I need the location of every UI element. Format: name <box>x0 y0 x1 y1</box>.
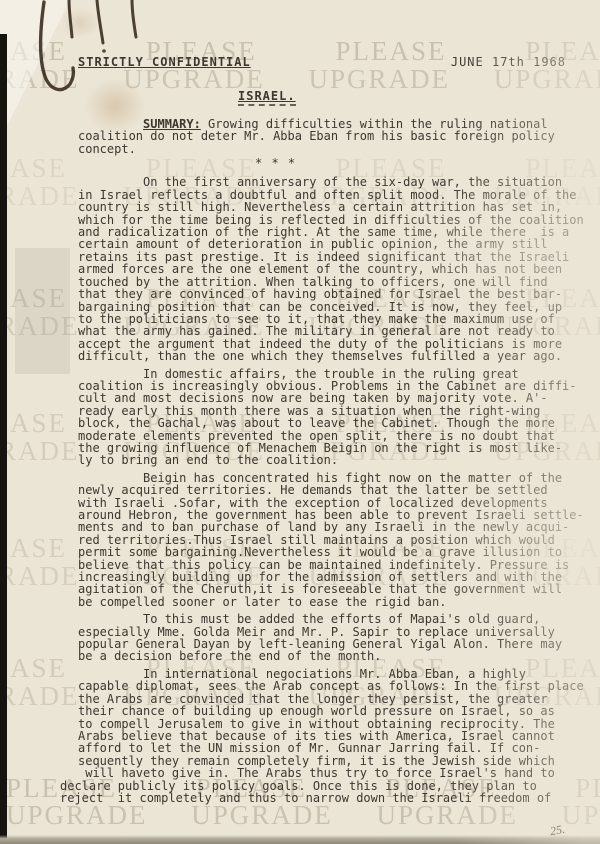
document-body: STRICTLY CONFIDENTIAL JUNE 17th 1968 ISR… <box>78 56 598 804</box>
scan-edge-bottom <box>0 835 600 844</box>
page-number-annotation: 25. <box>549 822 566 839</box>
paragraph-4: To this must be added the efforts of Map… <box>78 613 598 663</box>
paragraph-3: Beigin has concentrated his fight now on… <box>78 472 598 608</box>
scanned-document-page: PLEASE PLEASE PLEASE PLEASE PLEASE UPGRA… <box>0 0 600 844</box>
paper-stain <box>15 248 70 374</box>
paragraph-2: In domestic affairs, the trouble in the … <box>78 368 598 467</box>
scan-edge-left <box>0 34 7 844</box>
paragraph-5: In international negociations Mr. Abba E… <box>78 668 598 780</box>
ink-pen-marks <box>0 0 170 130</box>
paragraph-1: On the first anniversary of the six-day … <box>78 176 598 362</box>
section-separator: * * * <box>255 157 598 169</box>
document-title: ISRAEL. <box>238 90 296 105</box>
paragraph-5-continued: declare publicly its policy goals. Once … <box>60 780 598 805</box>
ink-dot <box>102 49 106 53</box>
date-label: JUNE 17th 1968 <box>451 56 566 68</box>
